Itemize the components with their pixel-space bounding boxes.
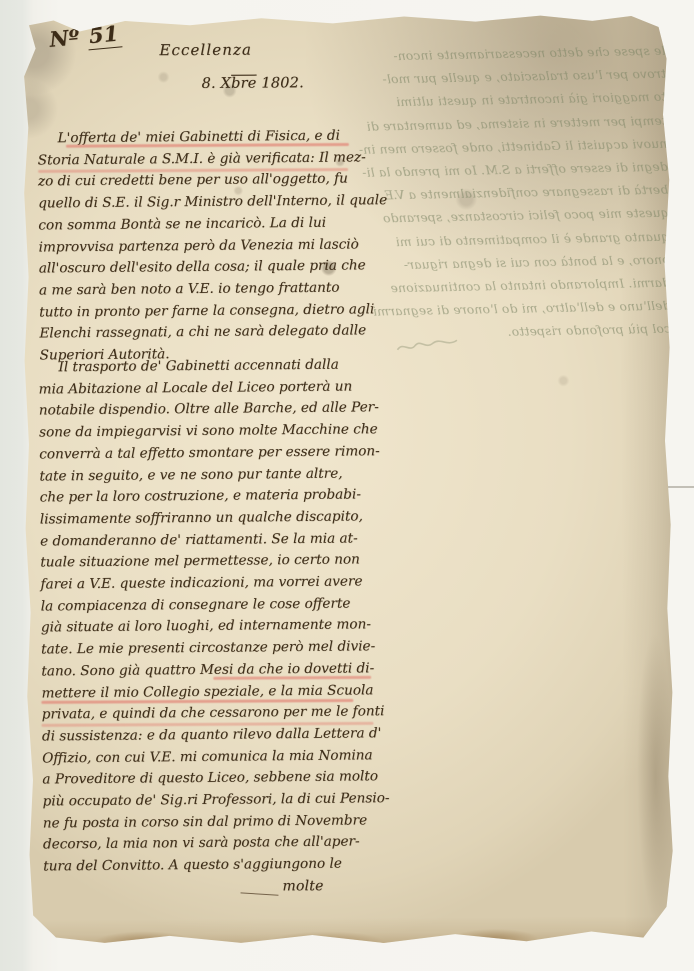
manuscript-line: più occupato de' Sig.ri Professori, la d… [43, 788, 389, 813]
paragraph-1: L'offerta de' miei Gabinetti di Fisica, … [37, 125, 385, 367]
manuscript-line: di sussistenza: e da quanto rilevo dalla… [42, 723, 388, 748]
manuscript-line: converrà a tal effetto smontare per esse… [39, 441, 385, 466]
date-day: 8. X [202, 76, 232, 92]
manuscript-line: lissimamente soffriranno un qualche disc… [40, 506, 386, 531]
manuscript-line: sone da impiegarvisi vi sono molte Macch… [39, 419, 385, 444]
manuscript-line: tano. Sono già quattro Mesi da che io do… [41, 658, 387, 683]
manuscript-line: tura del Convitto. A questo s'aggiungono… [43, 853, 389, 878]
document-number: Nº 51 [48, 20, 122, 52]
manuscript-line: Il trasporto de' Gabinetti accennati dal… [38, 354, 384, 379]
document-number-prefix: Nº [48, 24, 80, 52]
salutation: Eccellenza [159, 41, 252, 60]
catchword: molte [282, 878, 323, 894]
date-month-abbreviation: bre [231, 76, 257, 92]
verso-signature-mark [395, 333, 460, 356]
manuscript-line: Elenchi rassegnati, a chi ne sarà delega… [39, 320, 385, 345]
pen-flourish [240, 891, 278, 895]
manuscript-line: L'offerta de' miei Gabinetti di Fisica, … [37, 125, 383, 150]
paragraph-2: Il trasporto de' Gabinetti accennati dal… [38, 354, 389, 878]
date-line: 8. Xbre 1802. [202, 75, 304, 92]
date-year: 1802. [257, 75, 304, 91]
manuscript-line: a me sarà ben noto a V.E. io tengo fratt… [39, 277, 385, 302]
manuscript-page: Nº 51 Eccellenza 8. Xbre 1802. le spese … [21, 12, 676, 948]
manuscript-line: quello di S.E. il Sig.r Ministro dell'In… [38, 190, 384, 215]
scanner-background: Nº 51 Eccellenza 8. Xbre 1802. le spese … [0, 0, 694, 971]
document-number-value: 51 [86, 20, 123, 50]
manuscript-line: farei a V.E. queste indicazioni, ma vorr… [40, 571, 386, 596]
manuscript-line: tate. Le mie presenti circostanze però m… [41, 636, 387, 661]
